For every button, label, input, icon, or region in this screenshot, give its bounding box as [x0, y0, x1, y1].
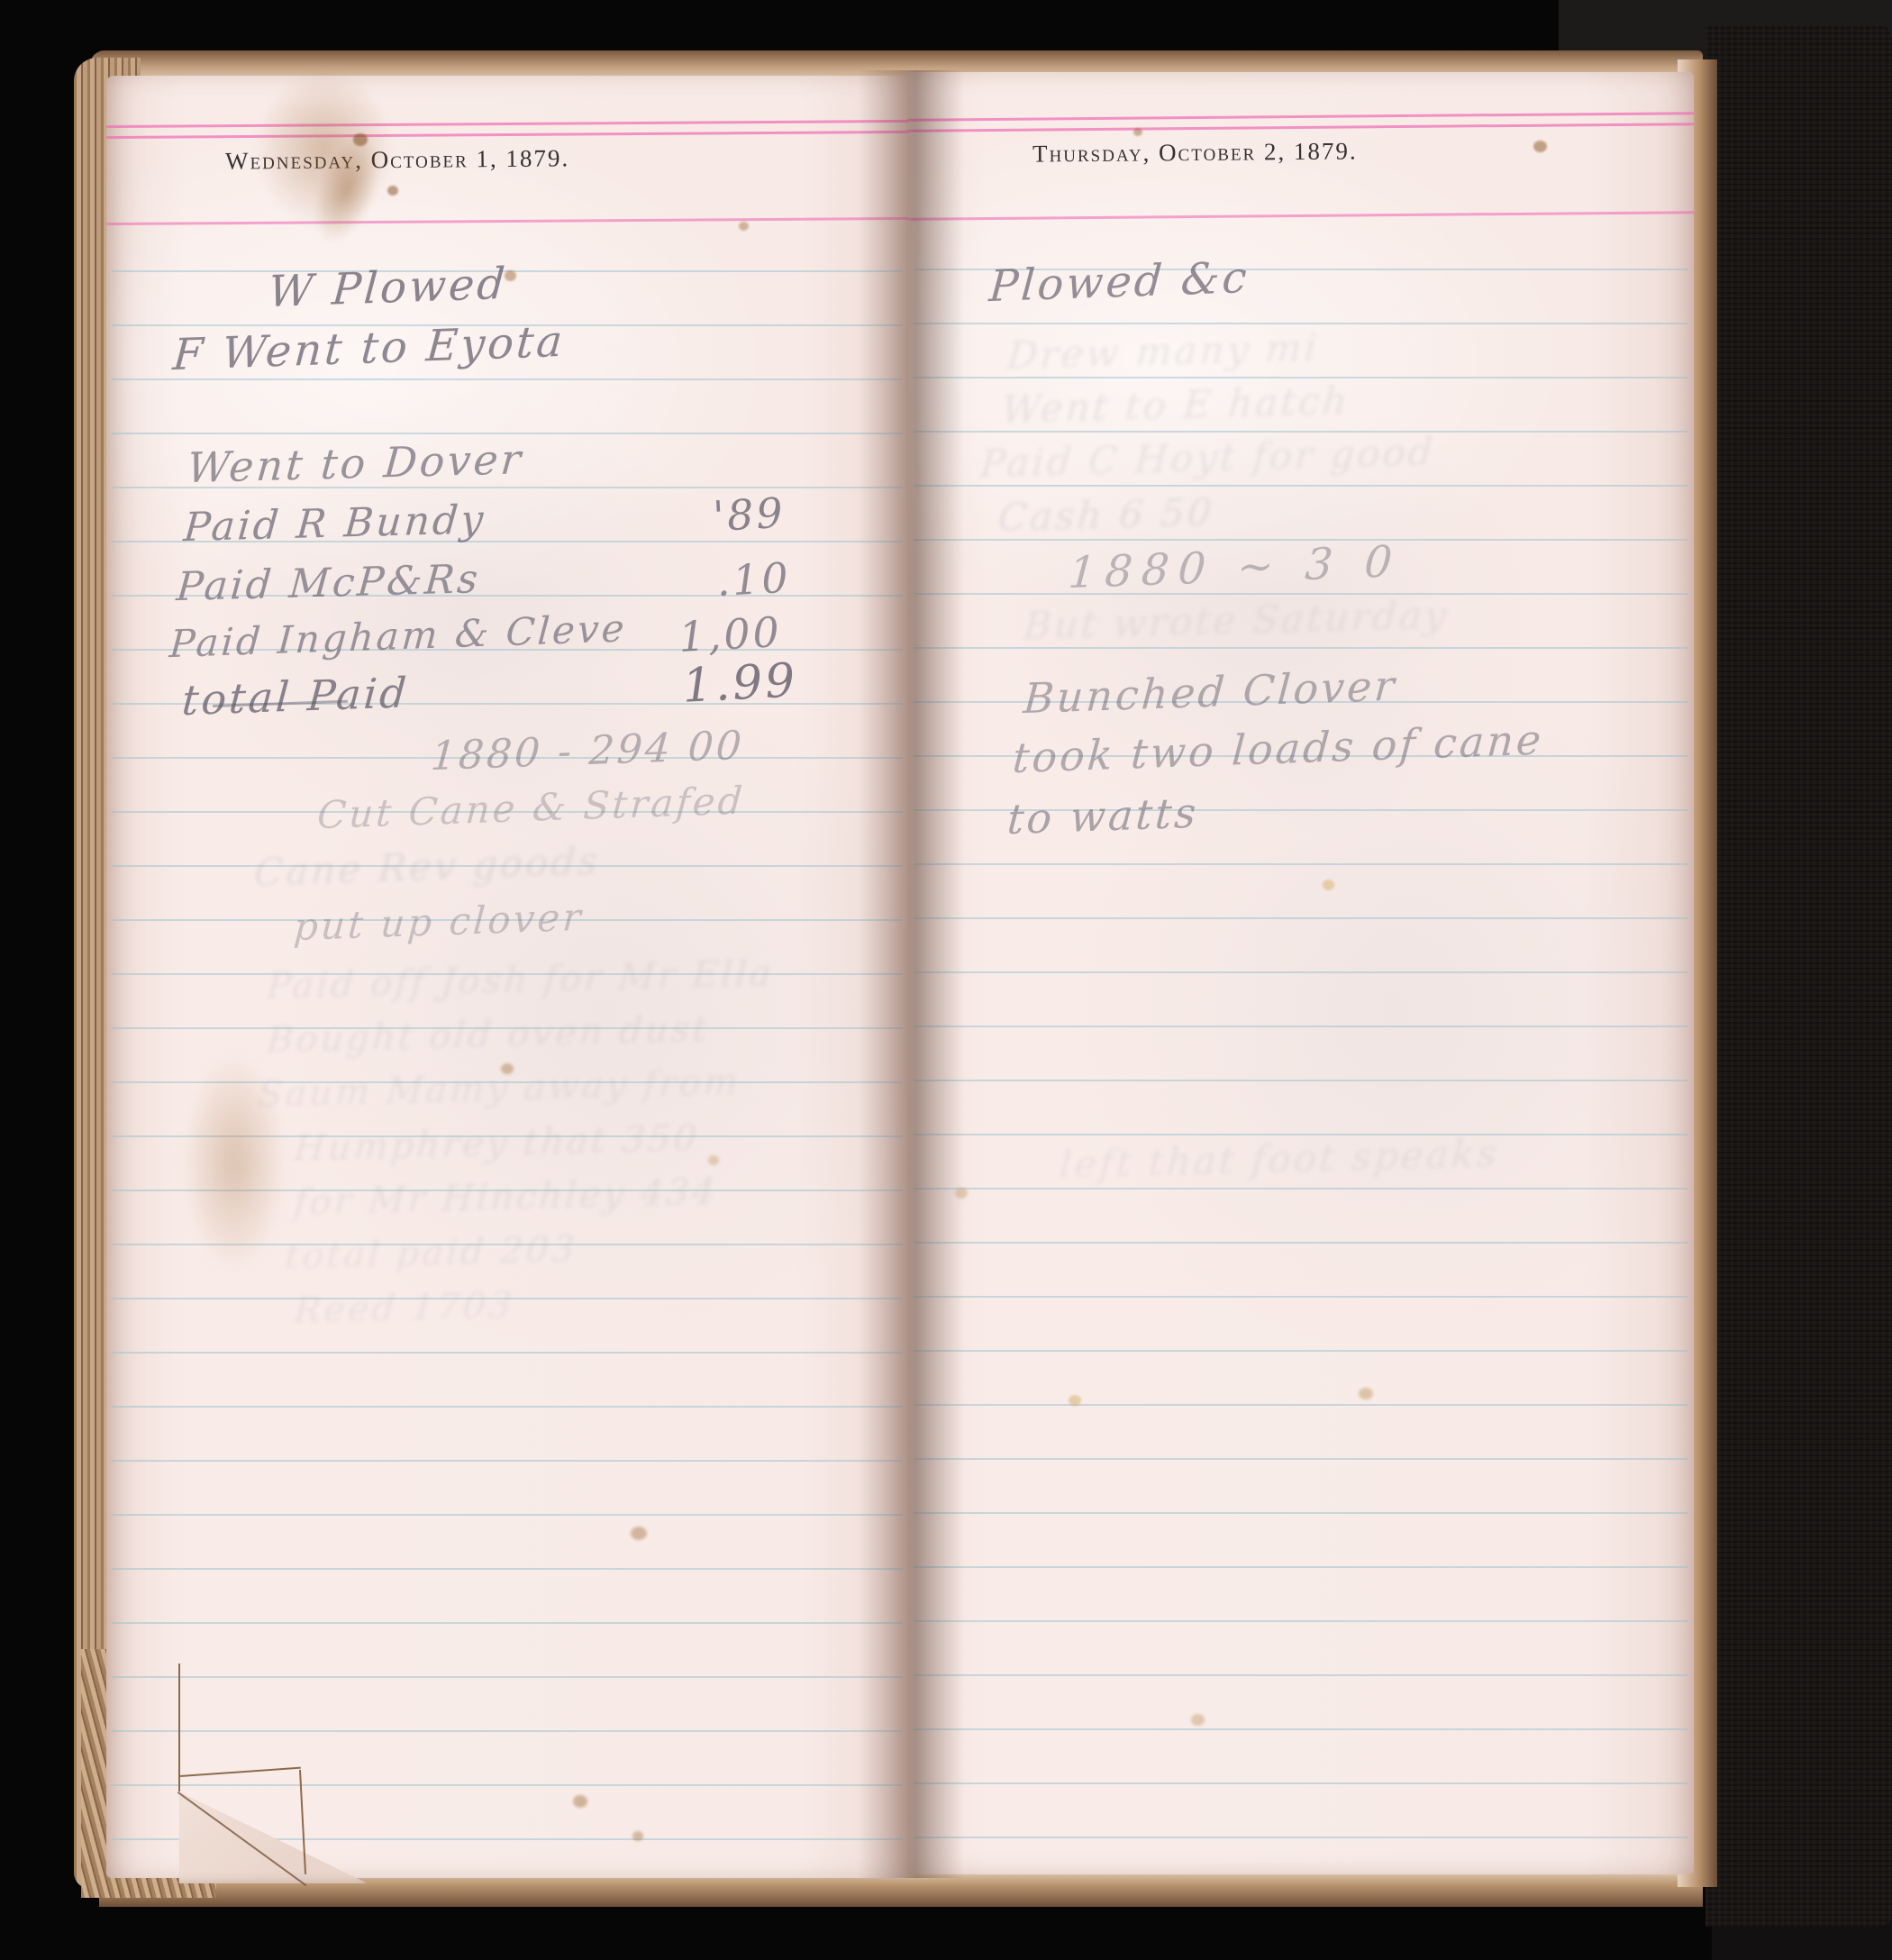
handwritten-entry: to watts	[1005, 789, 1200, 844]
handwritten-entry: F Went to Eyota	[171, 316, 567, 380]
under-page-corner-line	[178, 1664, 180, 1791]
handwritten-entry: Paid McP&Rs	[175, 556, 482, 610]
pink-margin-rule	[908, 123, 1694, 132]
handwritten-entry: Paid R Bundy	[182, 497, 487, 551]
page-header-right: Thursday, October 2, 1879.	[1032, 137, 1358, 168]
pink-margin-rule	[908, 112, 1694, 122]
entry-amount: 1,00	[678, 607, 783, 661]
ghost-bleedthrough-line: total paid 203	[283, 1229, 578, 1279]
ghost-bleedthrough-line: Went to E hatch	[1000, 378, 1351, 432]
pink-margin-rule	[106, 120, 908, 128]
diary-page-right: Thursday, October 2, 1879. Plowed &c Dre…	[908, 72, 1694, 1874]
handwritten-entry: W Plowed	[267, 259, 509, 317]
handwritten-entry: Paid Ingham & Cleve	[168, 606, 629, 666]
ghost-bleedthrough-line: But wrote Saturday	[1022, 593, 1451, 648]
under-page-corner-line	[180, 1767, 301, 1777]
ghost-bleedthrough-line: left that foot speaks	[1058, 1131, 1501, 1187]
handwritten-entry: put up clover	[293, 895, 586, 949]
ghost-bleedthrough-line: Drew many mi	[1005, 325, 1321, 378]
handwritten-entry: 1880 ~ 3 0	[1067, 536, 1403, 598]
entry-amount: 1.99	[681, 653, 799, 714]
ghost-bleedthrough-line: Humphrey that 350	[292, 1117, 700, 1170]
entry-amount: .10	[715, 553, 792, 606]
ghost-bleedthrough-line: Bought old oven dust	[265, 1008, 711, 1062]
ghost-bleedthrough-line: Paid C Hoyt for good	[978, 430, 1437, 486]
ghost-bleedthrough-line: Cane Rev goods	[253, 839, 602, 896]
book-cover	[1706, 25, 1892, 1927]
handwritten-entry: Bunched Clover	[1022, 661, 1398, 724]
pink-margin-rule	[908, 211, 1694, 221]
diary-page-left: Wednesday, October 1, 1879. W Plowed F W…	[106, 76, 908, 1878]
handwritten-entry: Cut Cane & Strafed	[316, 778, 747, 837]
handwritten-entry: Went to Dover	[186, 434, 525, 492]
ghost-bleedthrough-line: Paid off Josh for Mr Ella	[265, 953, 775, 1007]
ghost-bleedthrough-line: Cash 6 50	[996, 490, 1215, 540]
page-header-left: Wednesday, October 1, 1879.	[225, 144, 569, 175]
entry-amount: '89	[712, 488, 787, 541]
handwritten-entry: 1880 - 294 00	[429, 723, 745, 779]
handwritten-entry: took two loads of cane	[1011, 715, 1545, 782]
pink-margin-rule	[106, 131, 908, 139]
ghost-bleedthrough-line: for Mr Hinchley 434	[292, 1171, 719, 1224]
ghost-bleedthrough-line: Reed 1703	[292, 1285, 515, 1333]
ghost-bleedthrough-line: Saum Mamy away from	[256, 1062, 741, 1116]
handwritten-entry: Plowed &c	[987, 252, 1251, 312]
diary-scan: Wednesday, October 1, 1879. W Plowed F W…	[0, 0, 1892, 1960]
handwritten-entry: total Paid	[180, 668, 411, 725]
pink-margin-rule	[106, 217, 908, 225]
